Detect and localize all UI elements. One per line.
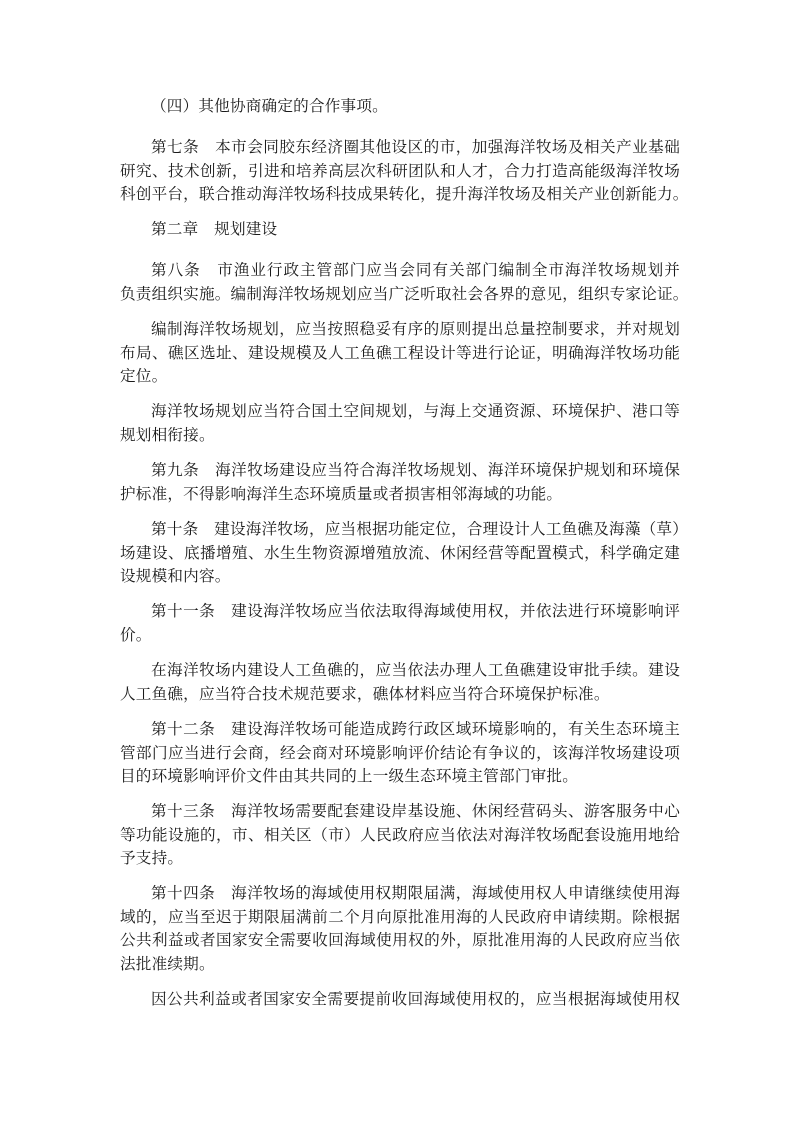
text-line: 研究、技术创新，引进和培养高层次科研团队和人才，合力打造高能级海洋牧场: [120, 160, 680, 184]
article-10-paragraph: 第十条 建设海洋牧场，应当根据功能定位，合理设计人工鱼礁及海藻（草） 场建设、底…: [120, 518, 680, 589]
text-line: 规划相衔接。: [120, 424, 680, 448]
text-line: 第九条 海洋牧场建设应当符合海洋牧场规划、海洋环境保护规划和环境保: [120, 459, 680, 483]
text-line: 负责组织实施。编制海洋牧场规划应当广泛听取社会各界的意见，组织专家论证。: [120, 283, 680, 307]
text-line: 目的环境影响评价文件由其共同的上一级生态环境主管部门审批。: [120, 765, 680, 789]
text-line: 第十条 建设海洋牧场，应当根据功能定位，合理设计人工鱼礁及海藻（草）: [120, 518, 680, 542]
text-line: 布局、礁区选址、建设规模及人工鱼礁工程设计等进行论证，明确海洋牧场功能: [120, 342, 680, 366]
chapter-title: 第二章 规划建设: [120, 218, 680, 242]
text-line: 因公共利益或者国家安全需要提前收回海域使用权的，应当根据海域使用权: [120, 988, 680, 1012]
article-11-paragraph: 第十一条 建设海洋牧场应当依法取得海域使用权，并依法进行环境影响评 价。: [120, 600, 680, 647]
article-11-paragraph-2: 在海洋牧场内建设人工鱼礁的，应当依法办理人工鱼礁建设审批手续。建设 人工鱼礁，应…: [120, 659, 680, 706]
text-line: 设规模和内容。: [120, 565, 680, 589]
text-line: 人工鱼礁，应当符合技术规范要求，礁体材料应当符合环境保护标准。: [120, 683, 680, 707]
text-line: 护标准，不得影响海洋生态环境质量或者损害相邻海域的功能。: [120, 483, 680, 507]
text-line: 第七条 本市会同胶东经济圈其他设区的市，加强海洋牧场及相关产业基础: [120, 136, 680, 160]
text-line: 场建设、底播增殖、水生生物资源增殖放流、休闲经营等配置模式，科学确定建: [120, 542, 680, 566]
article-12-paragraph: 第十二条 建设海洋牧场可能造成跨行政区域环境影响的，有关生态环境主 管部门应当进…: [120, 718, 680, 789]
article-14-paragraph: 第十四条 海洋牧场的海域使用权期限届满，海域使用权人申请继续使用海 域的，应当至…: [120, 882, 680, 976]
text-line: 域的，应当至迟于期限届满前二个月向原批准用海的人民政府申请续期。除根据: [120, 906, 680, 930]
article-7-paragraph: 第七条 本市会同胶东经济圈其他设区的市，加强海洋牧场及相关产业基础 研究、技术创…: [120, 136, 680, 207]
article-13-paragraph: 第十三条 海洋牧场需要配套建设岸基设施、休闲经营码头、游客服务中心 等功能设施的…: [120, 800, 680, 871]
text-line: 予支持。: [120, 847, 680, 871]
text-line: 定位。: [120, 365, 680, 389]
text-line: 等功能设施的，市、相关区（市）人民政府应当依法对海洋牧场配套设施用地给: [120, 824, 680, 848]
text-line: 法批准续期。: [120, 953, 680, 977]
article-8-paragraph-2: 编制海洋牧场规划，应当按照稳妥有序的原则提出总量控制要求，并对规划 布局、礁区选…: [120, 318, 680, 389]
text-line: 第十二条 建设海洋牧场可能造成跨行政区域环境影响的，有关生态环境主: [120, 718, 680, 742]
article-8-paragraph: 第八条 市渔业行政主管部门应当会同有关部门编制全市海洋牧场规划并 负责组织实施。…: [120, 259, 680, 306]
text-line: 编制海洋牧场规划，应当按照稳妥有序的原则提出总量控制要求，并对规划: [120, 318, 680, 342]
text-line: 海洋牧场规划应当符合国土空间规划，与海上交通资源、环境保护、港口等: [120, 400, 680, 424]
chapter-2-heading: 第二章 规划建设: [120, 218, 680, 242]
text-line: （四）其他协商确定的合作事项。: [120, 95, 680, 119]
text-line: 管部门应当进行会商，经会商对环境影响评价结论有争议的，该海洋牧场建设项: [120, 742, 680, 766]
article-8-paragraph-3: 海洋牧场规划应当符合国土空间规划，与海上交通资源、环境保护、港口等 规划相衔接。: [120, 400, 680, 447]
text-line: 第八条 市渔业行政主管部门应当会同有关部门编制全市海洋牧场规划并: [120, 259, 680, 283]
text-line: 第十四条 海洋牧场的海域使用权期限届满，海域使用权人申请继续使用海: [120, 882, 680, 906]
text-line: 科创平台，联合推动海洋牧场科技成果转化，提升海洋牧场及相关产业创新能力。: [120, 183, 680, 207]
text-line: 第十一条 建设海洋牧场应当依法取得海域使用权，并依法进行环境影响评: [120, 600, 680, 624]
text-line: 第十三条 海洋牧场需要配套建设岸基设施、休闲经营码头、游客服务中心: [120, 800, 680, 824]
item-4-paragraph: （四）其他协商确定的合作事项。: [120, 95, 680, 119]
article-9-paragraph: 第九条 海洋牧场建设应当符合海洋牧场规划、海洋环境保护规划和环境保 护标准，不得…: [120, 459, 680, 506]
text-line: 公共利益或者国家安全需要收回海域使用权的外，原批准用海的人民政府应当依: [120, 929, 680, 953]
article-14-paragraph-2: 因公共利益或者国家安全需要提前收回海域使用权的，应当根据海域使用权: [120, 988, 680, 1012]
text-line: 在海洋牧场内建设人工鱼礁的，应当依法办理人工鱼礁建设审批手续。建设: [120, 659, 680, 683]
text-line: 价。: [120, 624, 680, 648]
